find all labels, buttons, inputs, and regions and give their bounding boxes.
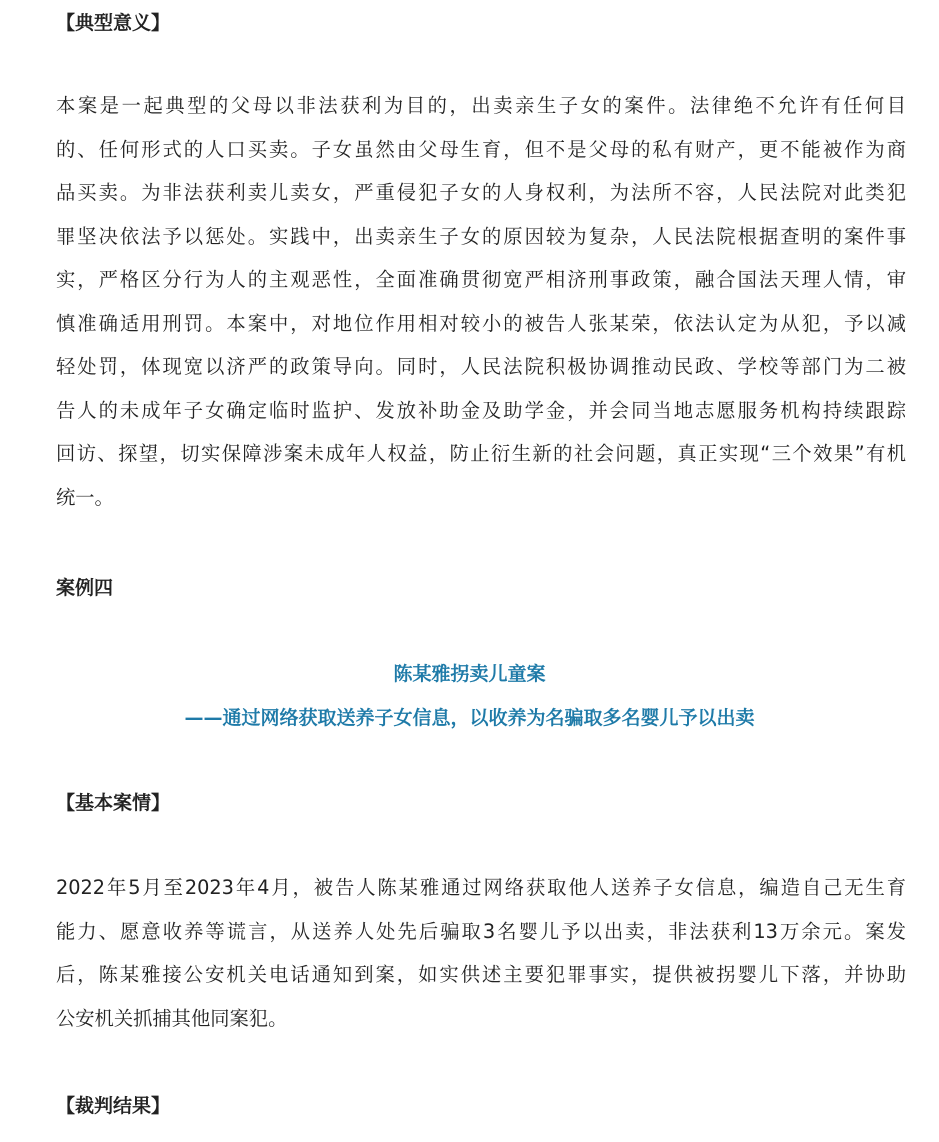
significance-paragraph: 本案是一起典型的父母以非法获利为目的，出卖亲生子女的案件。法律绝不允许有任何目 … xyxy=(56,84,906,519)
paragraph-line: 2022年5月至2023年4月，被告人陈某雅通过网络获取他人送养子女信息，编造自… xyxy=(56,866,906,910)
paragraph-line: 回访、探望，切实保障涉案未成年人权益，防止衍生新的社会问题，真正实现“三个效果”… xyxy=(56,432,906,476)
paragraph-line: 品买卖。为非法获利卖儿卖女，严重侵犯子女的人身权利，为法所不容，人民法院对此类犯 xyxy=(56,171,906,215)
paragraph-line: 告人的未成年子女确定临时监护、发放补助金及助学金，并会同当地志愿服务机构持续跟踪 xyxy=(56,389,906,433)
paragraph-line: 本案是一起典型的父母以非法获利为目的，出卖亲生子女的案件。法律绝不允许有任何目 xyxy=(56,84,906,128)
paragraph-line: 实，严格区分行为人的主观恶性，全面准确贯彻宽严相济刑事政策，融合国法天理人情，审 xyxy=(56,258,906,302)
heading-typical-significance: 【典型意义】 xyxy=(56,11,170,35)
paragraph-line: 统一。 xyxy=(56,476,906,520)
heading-basic-facts: 【基本案情】 xyxy=(56,791,170,815)
paragraph-line: 后，陈某雅接公安机关电话通知到案，如实供述主要犯罪事实，提供被拐婴儿下落，并协助 xyxy=(56,953,906,997)
heading-judgment-result: 【裁判结果】 xyxy=(56,1094,170,1118)
case-subtitle: ——通过网络获取送养子女信息，以收养为名骗取多名婴儿予以出卖 xyxy=(0,706,939,730)
paragraph-line: 能力、愿意收养等谎言，从送养人处先后骗取3名婴儿予以出卖，非法获利13万余元。案… xyxy=(56,910,906,954)
case-number-label: 案例四 xyxy=(56,576,113,600)
paragraph-line: 慎准确适用刑罚。本案中，对地位作用相对较小的被告人张某荣，依法认定为从犯，予以减 xyxy=(56,302,906,346)
paragraph-line: 罪坚决依法予以惩处。实践中，出卖亲生子女的原因较为复杂，人民法院根据查明的案件事 xyxy=(56,215,906,259)
paragraph-line: 轻处罚，体现宽以济严的政策导向。同时，人民法院积极协调推动民政、学校等部门为二被 xyxy=(56,345,906,389)
facts-paragraph: 2022年5月至2023年4月，被告人陈某雅通过网络获取他人送养子女信息，编造自… xyxy=(56,866,906,1040)
paragraph-line: 公安机关抓捕其他同案犯。 xyxy=(56,997,906,1041)
paragraph-line: 的、任何形式的人口买卖。子女虽然由父母生育，但不是父母的私有财产，更不能被作为商 xyxy=(56,128,906,172)
case-title: 陈某雅拐卖儿童案 xyxy=(0,662,939,686)
